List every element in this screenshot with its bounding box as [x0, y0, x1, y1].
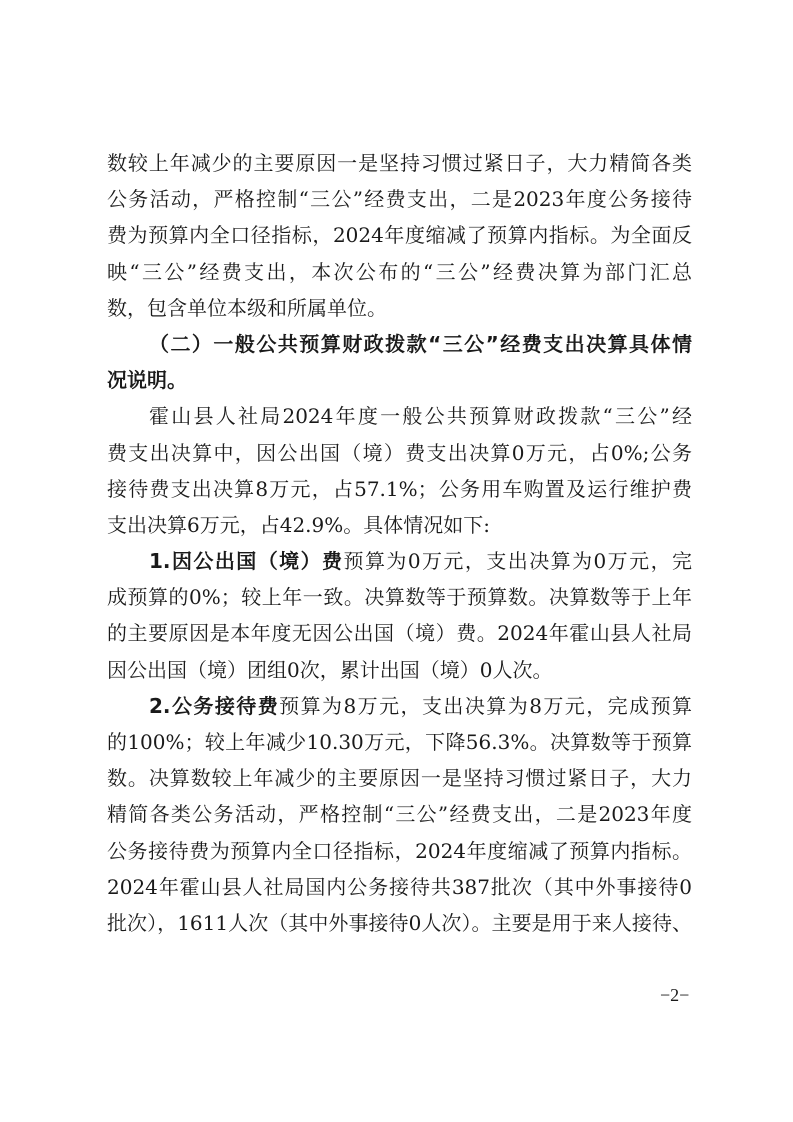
text-line: 数，包含单位本级和所属单位。: [107, 290, 692, 326]
item-reception-expenses: 2.公务接待费预算为8万元，支出决算为8万元，完成预算 的100%；较上年减少1…: [107, 688, 692, 941]
text-line: 映“三公”经费支出，本次公布的“三公”经费决算为部门汇总: [107, 254, 692, 290]
text-line: 2024年霍山县人社局国内公务接待共387批次（其中外事接待0: [107, 869, 692, 905]
text-line: 精简各类公务活动，严格控制“三公”经费支出，二是2023年度: [107, 796, 692, 832]
text-line: 接待费支出决算8万元，占57.1%；公务用车购置及运行维护费: [107, 471, 692, 507]
text-line: 的主要原因是本年度无因公出国（境）费。2024年霍山县人社局: [107, 615, 692, 651]
paragraph-continued: 数较上年减少的主要原因一是坚持习惯过紧日子，大力精简各类 公务活动，严格控制“三…: [107, 145, 692, 326]
text-line: 费支出决算中，因公出国（境）费支出决算0万元，占0%;公务: [107, 435, 692, 471]
text-line: 1.因公出国（境）费预算为0万元，支出决算为0万元，完: [107, 543, 692, 579]
text-line: 因公出国（境）团组0次，累计出国（境）0人次。: [107, 652, 692, 688]
item-text: 预算为8万元，支出决算为8万元，完成预算: [279, 694, 692, 718]
page-number: −2−: [660, 985, 689, 1006]
text-line: 数较上年减少的主要原因一是坚持习惯过紧日子，大力精简各类: [107, 145, 692, 181]
text-line: 批次），1611人次（其中外事接待0人次）。主要是用于来人接待、: [107, 905, 692, 941]
text-line: 的100%；较上年减少10.30万元，下降56.3%。决算数等于预算: [107, 724, 692, 760]
heading-line: 况说明。: [107, 362, 692, 398]
item-overseas-travel: 1.因公出国（境）费预算为0万元，支出决算为0万元，完 成预算的0%；较上年一致…: [107, 543, 692, 688]
text-line: 2.公务接待费预算为8万元，支出决算为8万元，完成预算: [107, 688, 692, 724]
text-line: 支出决算6万元，占42.9%。具体情况如下:: [107, 507, 692, 543]
heading-line: （二）一般公共预算财政拨款“三公”经费支出决算具体情: [107, 326, 692, 362]
text-line: 公务接待费为预算内全口径指标，2024年度缩减了预算内指标。: [107, 833, 692, 869]
item-label: 1.因公出国（境）费: [149, 549, 344, 573]
item-text: 预算为0万元，支出决算为0万元，完: [344, 549, 693, 573]
summary-paragraph: 霍山县人社局2024年度一般公共预算财政拨款“三公”经 费支出决算中，因公出国（…: [107, 398, 692, 543]
text-line: 公务活动，严格控制“三公”经费支出，二是2023年度公务接待: [107, 181, 692, 217]
document-body: 数较上年减少的主要原因一是坚持习惯过紧日子，大力精简各类 公务活动，严格控制“三…: [107, 145, 692, 941]
text-line: 费为预算内全口径指标，2024年度缩减了预算内指标。为全面反: [107, 217, 692, 253]
document-page: 数较上年减少的主要原因一是坚持习惯过紧日子，大力精简各类 公务活动，严格控制“三…: [0, 0, 793, 1122]
text-line: 霍山县人社局2024年度一般公共预算财政拨款“三公”经: [107, 398, 692, 434]
item-label: 2.公务接待费: [149, 694, 279, 718]
section-heading: （二）一般公共预算财政拨款“三公”经费支出决算具体情 况说明。: [107, 326, 692, 398]
text-line: 数。决算数较上年减少的主要原因一是坚持习惯过紧日子，大力: [107, 760, 692, 796]
text-line: 成预算的0%；较上年一致。决算数等于预算数。决算数等于上年: [107, 579, 692, 615]
